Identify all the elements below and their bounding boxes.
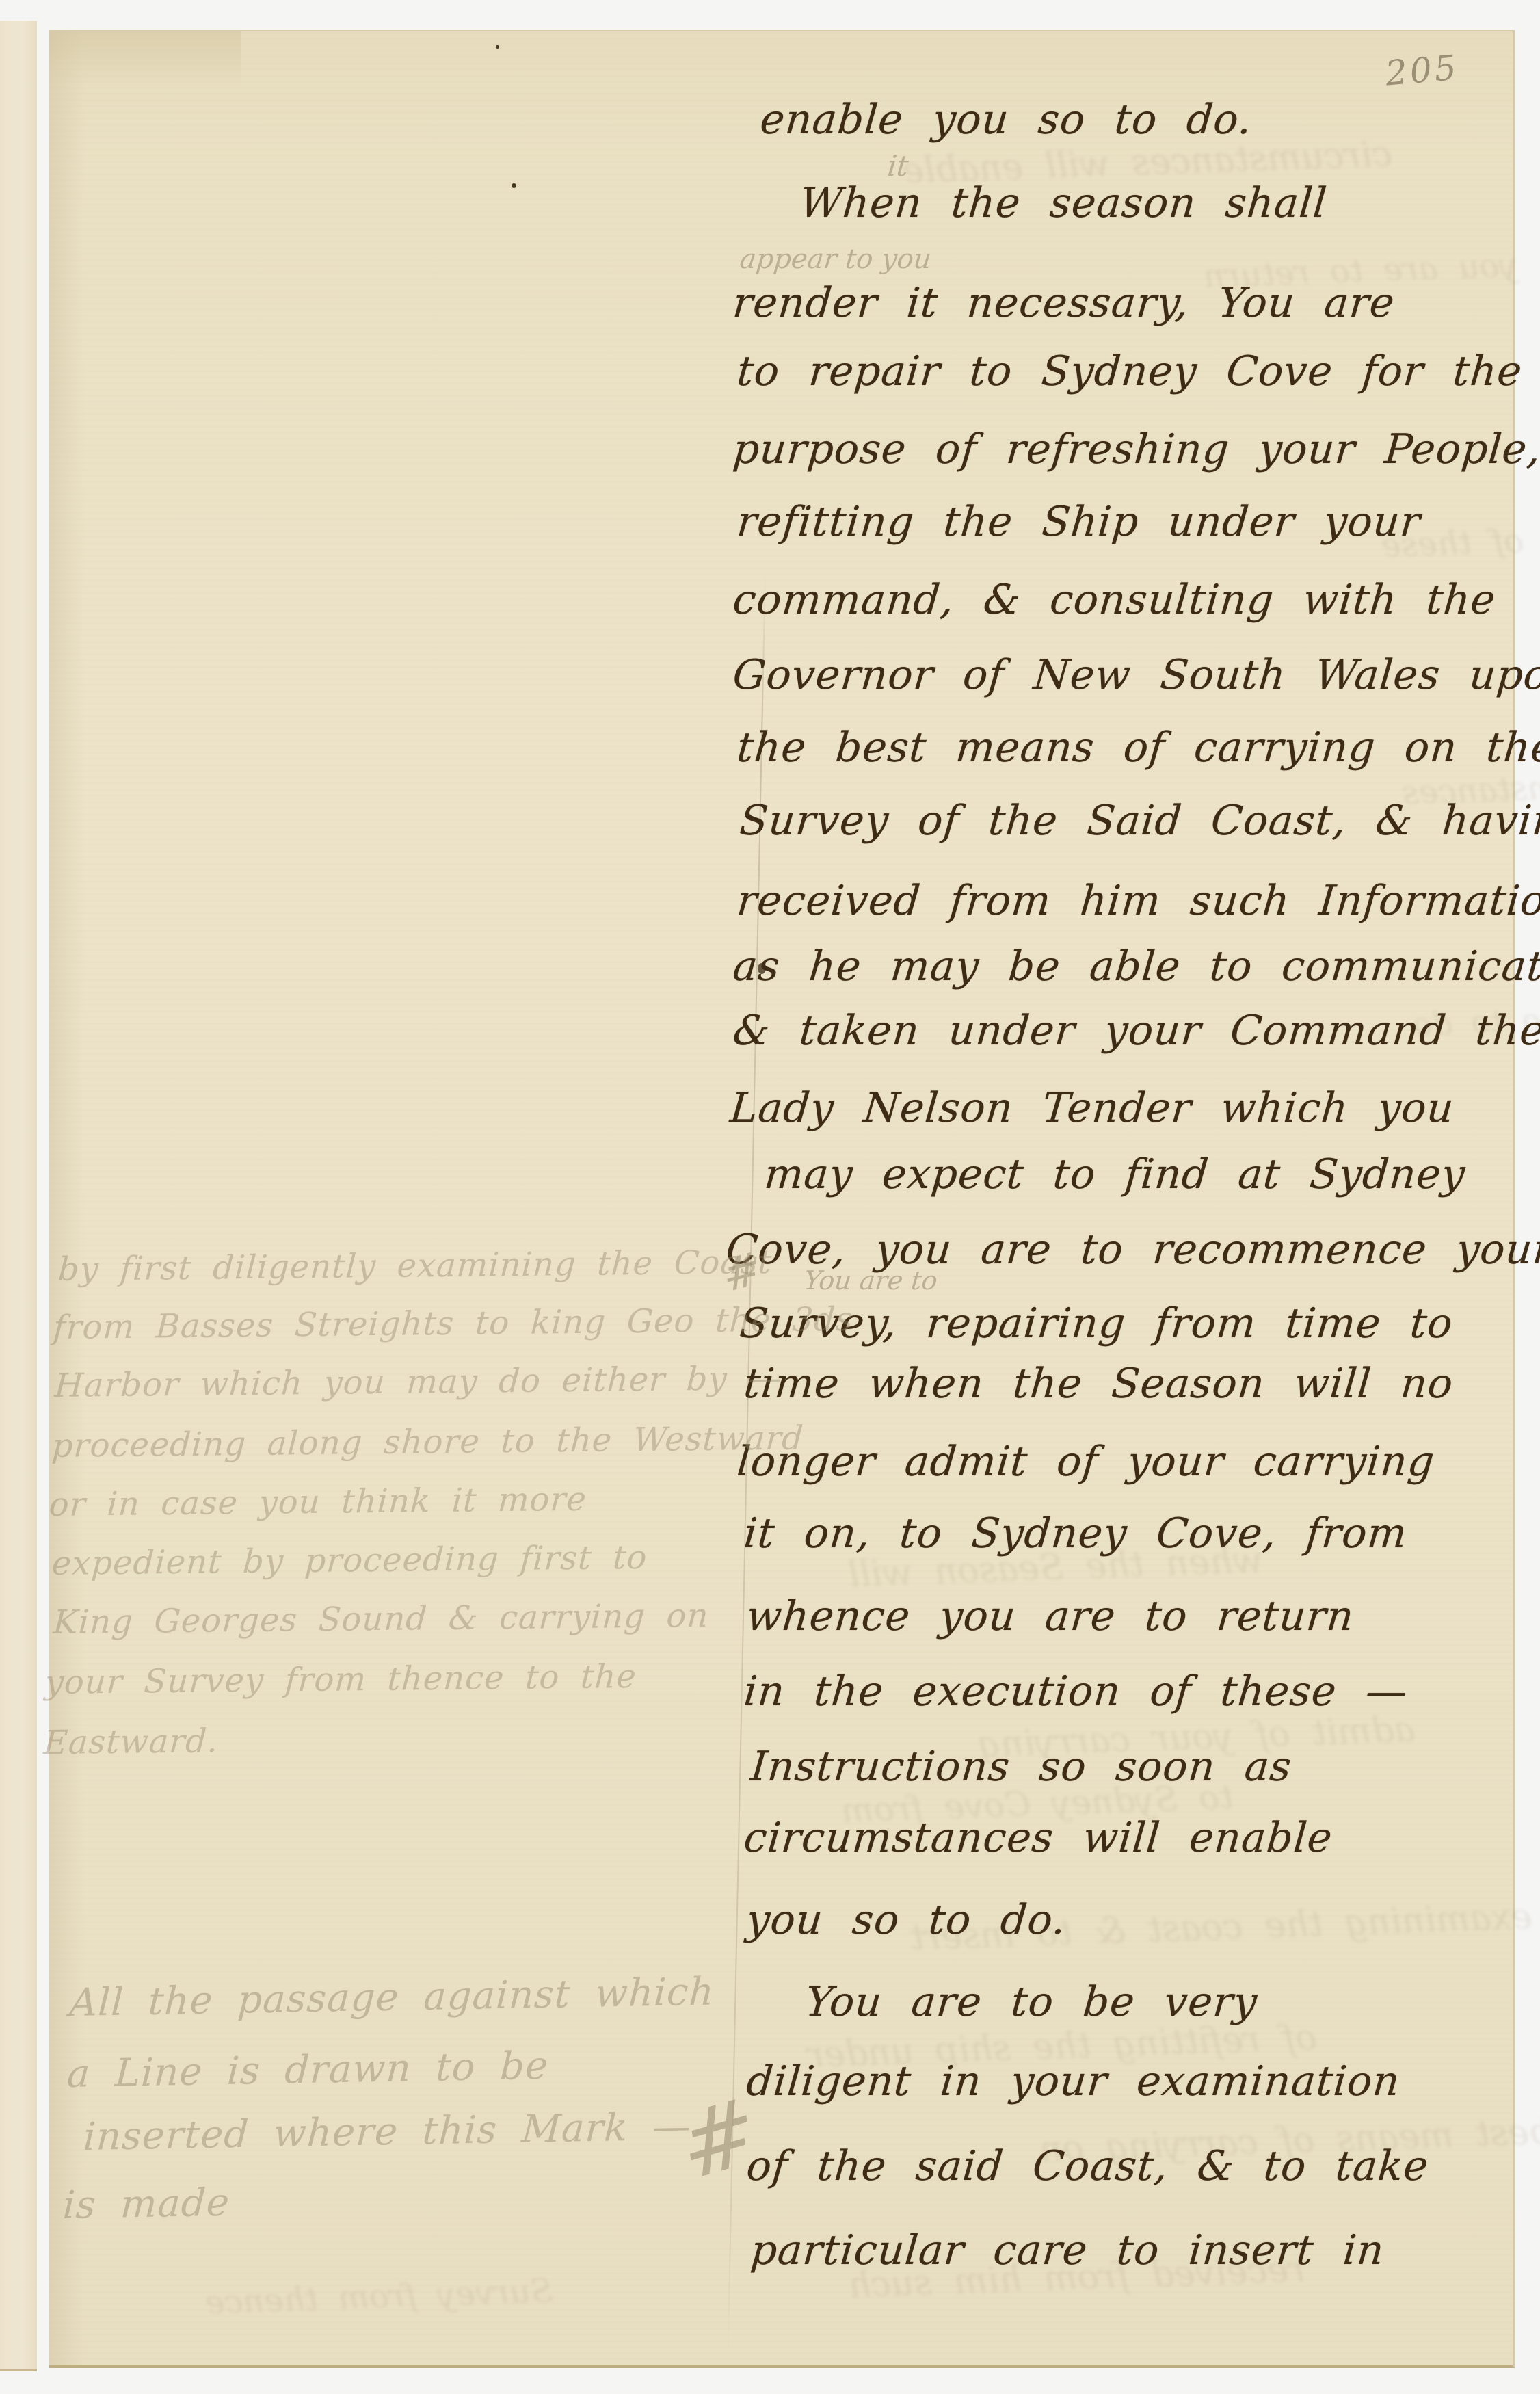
manuscript-scan: circumstances will enableyou are to retu… xyxy=(0,0,1540,2394)
adjacent-page-edge xyxy=(0,21,37,2371)
page-number: 205 xyxy=(1384,47,1461,93)
manuscript-page xyxy=(49,30,1515,2368)
